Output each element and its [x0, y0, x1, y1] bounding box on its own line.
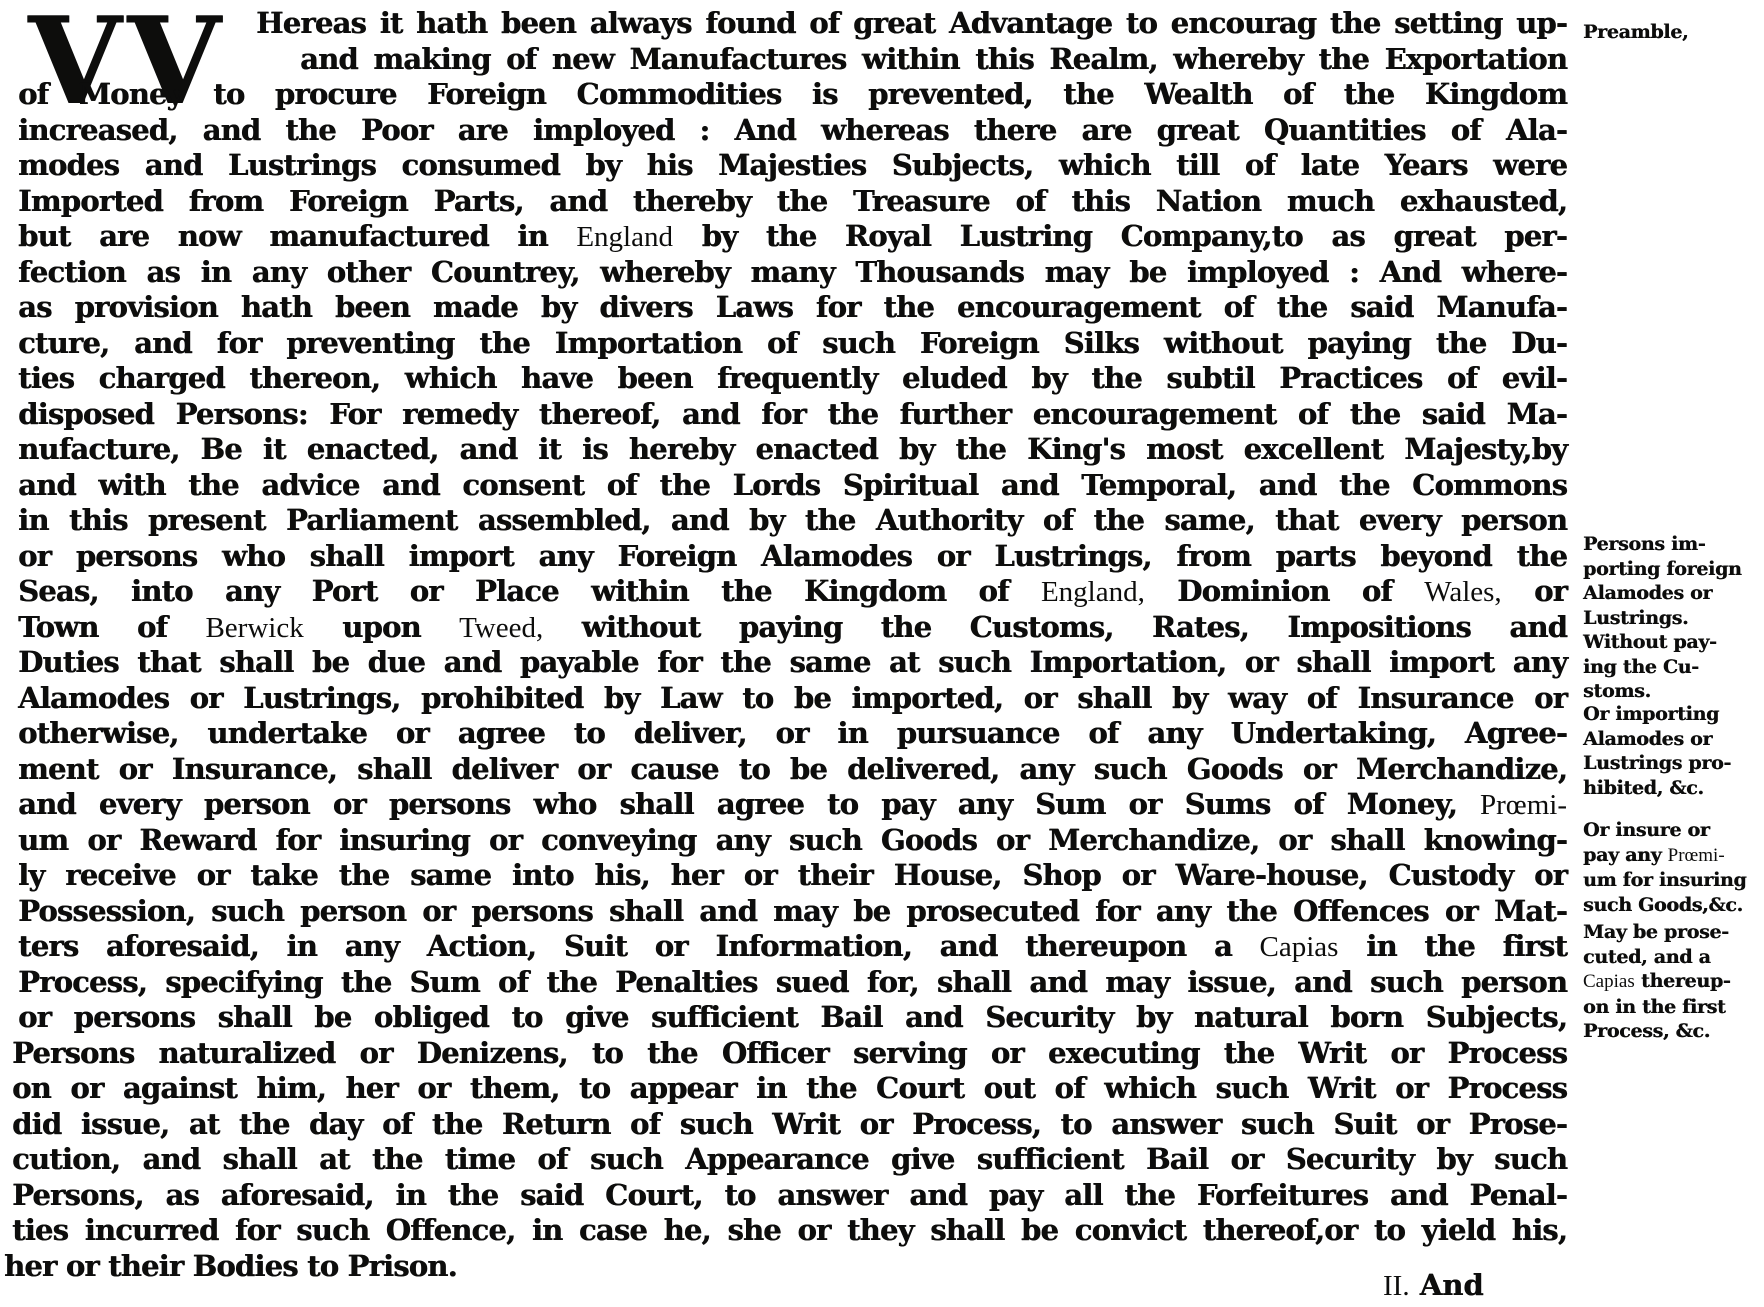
body-line: Seas, into any Port or Place within the … [18, 574, 1567, 610]
body-line: ters aforesaid, in any Action, Suit or I… [18, 929, 1567, 965]
margin-note-line: ing the Cu- [1583, 655, 1763, 680]
margin-note-line: such Goods,&c. [1583, 893, 1763, 918]
margin-note-line: May be prose- [1583, 920, 1763, 945]
body-line: as provision hath been made by divers La… [18, 290, 1567, 326]
margin-note-line: cuted, and a [1583, 945, 1763, 970]
body-line: Possession, such person or persons shall… [18, 894, 1567, 930]
margin-note: Or importingAlamodes orLustrings pro-hib… [1583, 702, 1763, 800]
margin-note-line: pay any Prœmi- [1583, 843, 1763, 869]
body-line: Town of Berwick upon Tweed, without payi… [18, 610, 1567, 646]
margin-note-line: Persons im- [1583, 532, 1763, 557]
body-line: cture, and for preventing the Importatio… [18, 326, 1567, 362]
body-line: Persons, as aforesaid, in the said Court… [12, 1178, 1567, 1214]
body-line: modes and Lustrings consumed by his Maje… [18, 148, 1567, 184]
body-line: Imported from Foreign Parts, and thereby… [18, 184, 1567, 220]
body-line: Duties that shall be due and payable for… [18, 645, 1567, 681]
body-line: otherwise, undertake or agree to deliver… [18, 716, 1567, 752]
margin-note-line: Without pay- [1583, 630, 1763, 655]
body-line: on or against him, her or them, to appea… [12, 1071, 1567, 1107]
body-line: of Money to procure Foreign Commodities … [18, 77, 1567, 113]
body-line: ment or Insurance, shall deliver or caus… [18, 752, 1567, 788]
roman-type-word: II. [1383, 1270, 1410, 1302]
margin-note-line: Process, &c. [1583, 1019, 1763, 1044]
body-line: in this present Parliament assembled, an… [18, 503, 1567, 539]
margin-note: Or insure orpay any Prœmi-um for insurin… [1583, 818, 1763, 917]
margin-note-line: porting foreign [1583, 557, 1763, 582]
margin-note-line: Lustrings pro- [1583, 751, 1763, 776]
margin-note: May be prose-cuted, and aCapias thereup-… [1583, 920, 1763, 1044]
body-line: Persons naturalized or Denizens, to the … [12, 1036, 1567, 1072]
body-line: or persons who shall import any Foreign … [18, 539, 1567, 575]
body-line: nufacture, Be it enacted, and it is here… [18, 432, 1567, 468]
catchword: II. And [1383, 1268, 1484, 1303]
margin-note-line: Lustrings. [1583, 606, 1763, 631]
body-line: disposed Persons: For remedy thereof, an… [18, 397, 1567, 433]
body-line: cution, and shall at the time of such Ap… [12, 1142, 1567, 1178]
margin-note: Persons im-porting foreignAlamodes orLus… [1583, 532, 1763, 630]
document-page: VV Hereas it hath been always found of g… [0, 0, 1764, 1307]
body-line: or persons shall be obliged to give suff… [18, 1000, 1567, 1036]
margin-note-line: Or insure or [1583, 818, 1763, 843]
margin-note-line: Alamodes or [1583, 727, 1763, 752]
body-line: Process, specifying the Sum of the Penal… [18, 965, 1567, 1001]
roman-type-word: England, [1041, 576, 1145, 608]
body-line: Alamodes or Lustrings, prohibited by Law… [18, 681, 1567, 717]
body-line: but are now manufactured in England by t… [18, 219, 1567, 255]
body-line: ties charged thereon, which have been fr… [18, 361, 1567, 397]
body-line: her or their Bodies to Prison. [4, 1249, 1567, 1285]
roman-type-word: Tweed, [459, 612, 543, 644]
roman-type-word: Prœmi- [1668, 845, 1725, 866]
roman-type-word: England [576, 221, 673, 253]
margin-note-line: um for insuring [1583, 868, 1763, 893]
body-line: and with the advice and consent of the L… [18, 468, 1567, 504]
margin-note: Without pay-ing the Cu-stoms. [1583, 630, 1763, 704]
roman-type-word: Prœmi- [1480, 789, 1567, 821]
body-line: ly receive or take the same into his, he… [18, 858, 1567, 894]
body-line: did issue, at the day of the Return of s… [12, 1107, 1567, 1143]
body-line: and making of new Manufactures within th… [18, 42, 1567, 78]
body-line: fection as in any other Countrey, whereb… [18, 255, 1567, 291]
act-body-text: Hereas it hath been always found of grea… [18, 6, 1567, 1284]
roman-type-word: Capias [1583, 971, 1635, 992]
margin-note-line: on in the first [1583, 995, 1763, 1020]
margin-note-line: hibited, &c. [1583, 776, 1763, 801]
margin-note-line: Alamodes or [1583, 581, 1763, 606]
body-line: um or Reward for insuring or conveying a… [18, 823, 1567, 859]
body-line: ties incurred for such Offence, in case … [12, 1213, 1567, 1249]
body-line: increased, and the Poor are imployed : A… [18, 113, 1567, 149]
margin-note-line: Or importing [1583, 702, 1763, 727]
roman-type-word: Berwick [205, 612, 303, 644]
margin-note-line: stoms. [1583, 679, 1763, 704]
margin-note-line: Capias thereup- [1583, 969, 1763, 995]
margin-note-line: Preamble, [1583, 20, 1763, 45]
margin-note: Preamble, [1583, 20, 1763, 45]
body-line: Hereas it hath been always found of grea… [18, 6, 1567, 42]
roman-type-word: Capias [1260, 931, 1339, 963]
roman-type-word: Wales, [1424, 576, 1501, 608]
body-line: and every person or persons who shall ag… [18, 787, 1567, 823]
